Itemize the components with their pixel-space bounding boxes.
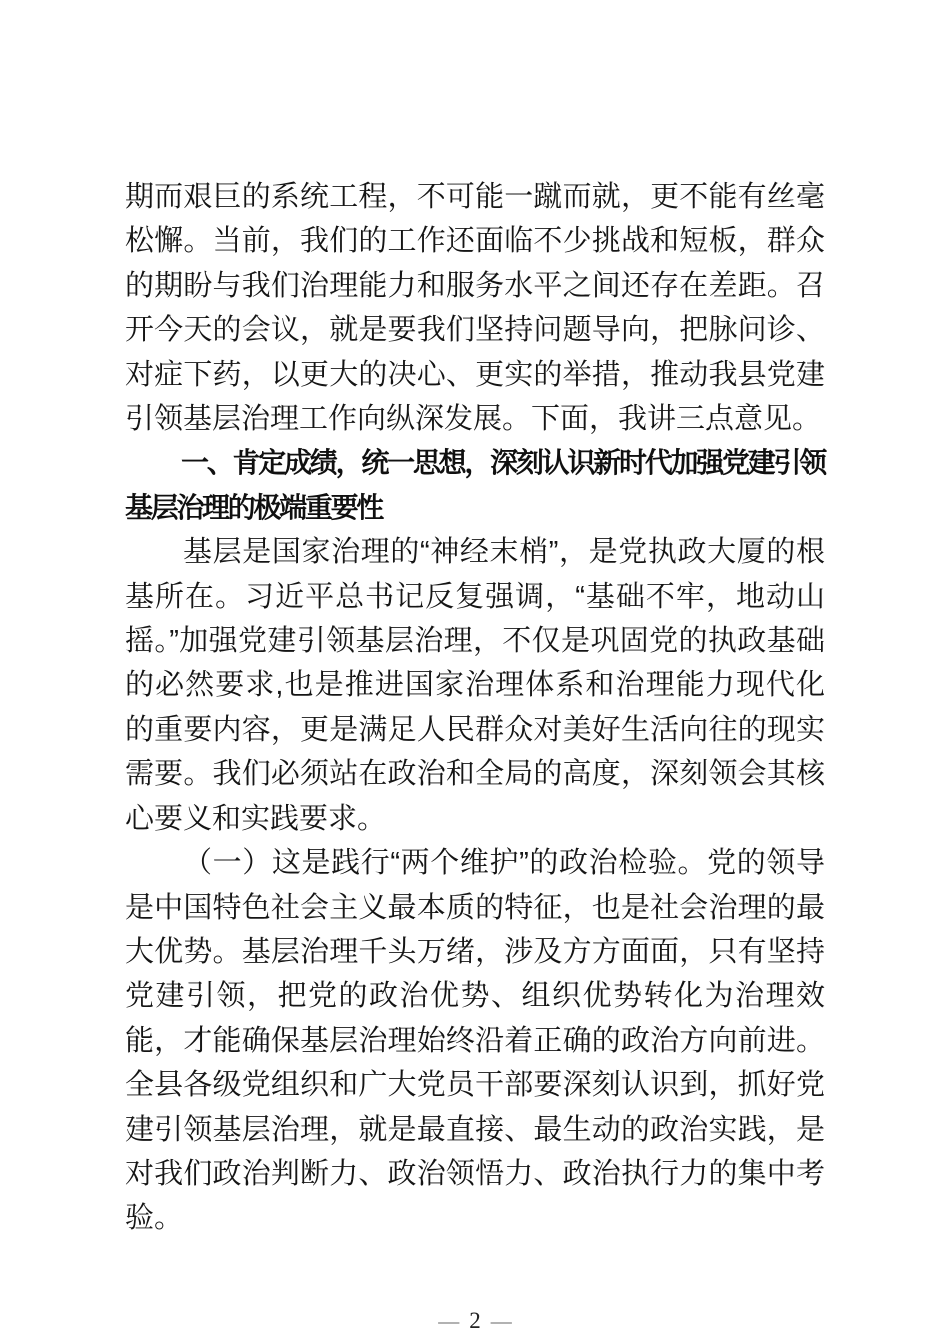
- page-footer: —2—: [0, 1308, 950, 1334]
- paragraph: 基层是国家治理的“神经末梢”，是党执政大厦的根基所在。习近平总书记反复强调，“基…: [125, 530, 825, 841]
- page-number: 2: [469, 1308, 481, 1333]
- footer-dash-left: —: [438, 1309, 459, 1333]
- document-page: 期而艰巨的系统工程，不可能一蹴而就，更不能有丝毫松懈。当前，我们的工作还面临不少…: [0, 0, 950, 1344]
- document-body: 期而艰巨的系统工程，不可能一蹴而就，更不能有丝毫松懈。当前，我们的工作还面临不少…: [125, 175, 825, 1241]
- footer-dash-right: —: [491, 1309, 512, 1333]
- paragraph: （一）这是践行“两个维护”的政治检验。党的领导是中国特色社会主义最本质的特征，也…: [125, 841, 825, 1241]
- paragraph-continuation: 期而艰巨的系统工程，不可能一蹴而就，更不能有丝毫松懈。当前，我们的工作还面临不少…: [125, 175, 825, 441]
- section-heading: 一、肯定成绩，统一思想，深刻认识新时代加强党建引领基层治理的极端重要性: [125, 441, 825, 530]
